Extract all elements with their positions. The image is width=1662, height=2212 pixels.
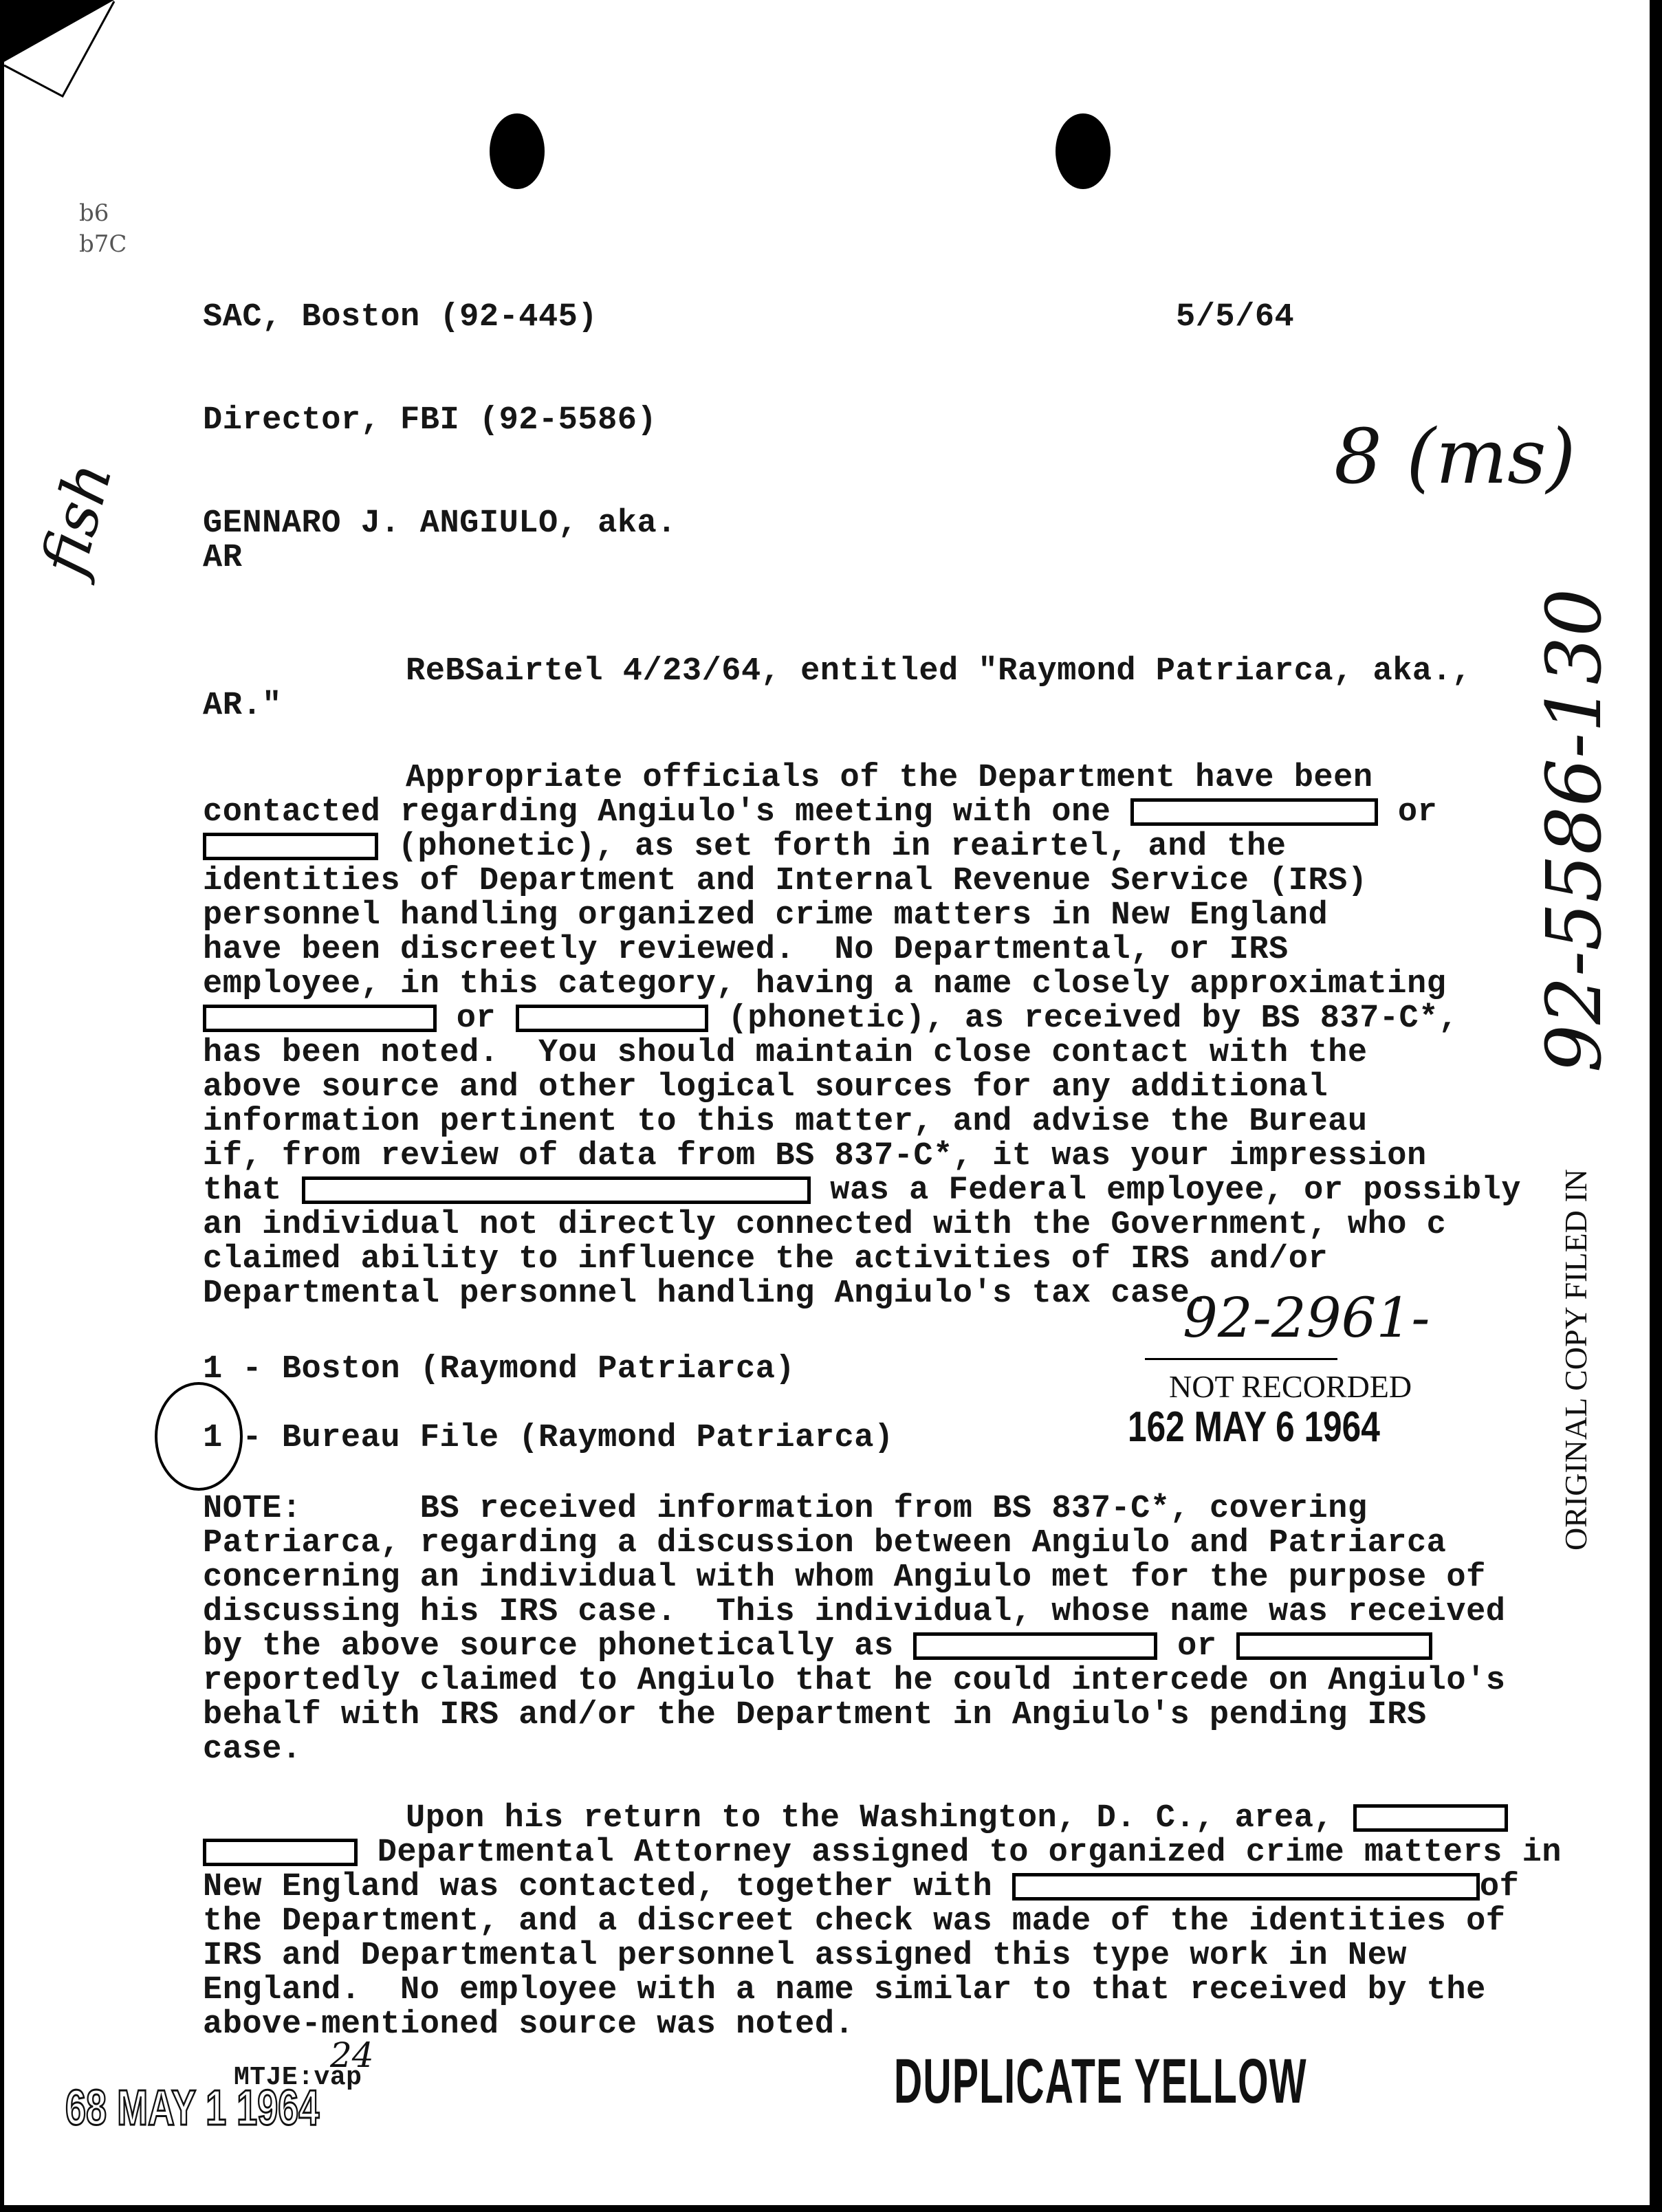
scan-edge-right	[1650, 0, 1662, 2212]
punch-hole-right	[1056, 113, 1111, 189]
not-recorded-stamp: NOT RECORDED	[1169, 1368, 1412, 1405]
file-number-underline	[1145, 1358, 1337, 1360]
redaction-box	[1130, 798, 1378, 826]
duplicate-yellow-stamp: DUPLICATE YELLOW	[894, 2046, 1307, 2118]
note-label: NOTE:	[203, 1491, 302, 1527]
body-line: information pertinent to this matter, an…	[203, 1104, 1368, 1140]
note-text: Upon his return to the Washington, D. C.…	[406, 1800, 1333, 1837]
body-line: an individual not directly connected wit…	[203, 1207, 1446, 1243]
note-text: BS received information from BS 837-C*, …	[420, 1491, 1368, 1527]
note-line: concerning an individual with whom Angiu…	[203, 1559, 1486, 1596]
body-line: (phonetic), as set forth in reairtel, an…	[203, 829, 1286, 865]
redaction-box	[302, 1176, 811, 1204]
redaction-box	[1012, 1873, 1480, 1901]
note-line: discussing his IRS case. This individual…	[203, 1594, 1506, 1630]
body-text: or	[1398, 794, 1437, 831]
body-text: or	[457, 1000, 496, 1037]
recorded-date-stamp: 162 MAY 6 1964	[1128, 1403, 1380, 1452]
scan-edge-left	[0, 0, 4, 2212]
subject-line-2: AR	[203, 540, 242, 576]
body-line: that was a Federal employee, or possibly	[203, 1172, 1521, 1209]
note-line: case.	[203, 1731, 302, 1768]
scan-edge-bottom	[0, 2205, 1662, 2212]
cc-line: 1 - Boston (Raymond Patriarca)	[203, 1351, 795, 1388]
body-line: identities of Department and Internal Re…	[203, 863, 1368, 899]
body-line: above source and other logical sources f…	[203, 1069, 1328, 1106]
memo-date: 5/5/64	[1176, 299, 1294, 336]
body-text: was a Federal employee, or possibly	[830, 1172, 1521, 1209]
body-text: contacted regarding Angiulo's meeting wi…	[203, 794, 1111, 831]
redaction-box	[203, 1839, 358, 1866]
note-line: IRS and Departmental personnel assigned …	[203, 1938, 1407, 1974]
body-text: that	[203, 1172, 282, 1209]
body-line: claimed ability to influence the activit…	[203, 1241, 1328, 1278]
redaction-box	[516, 1005, 708, 1032]
note-line: above-mentioned source was noted.	[203, 2006, 854, 2043]
handwritten-number: 24	[330, 2035, 374, 2075]
note-text: New England was contacted, together with	[203, 1869, 992, 1905]
body-line: if, from review of data from BS 837-C*, …	[203, 1138, 1427, 1174]
note-line: by the above source phonetically as or	[203, 1628, 1432, 1665]
note-line: NOTE: BS received information from BS 83…	[203, 1491, 1368, 1527]
redaction-box	[913, 1632, 1157, 1660]
from-line: Director, FBI (92-5586)	[203, 402, 657, 439]
note-line: Patriarca, regarding a discussion betwee…	[203, 1525, 1446, 1562]
note-line: England. No employee with a name similar…	[203, 1972, 1486, 2008]
note-text: or	[1177, 1628, 1216, 1665]
body-line: have been discreetly reviewed. No Depart…	[203, 932, 1289, 968]
reference-line-2: AR."	[203, 688, 282, 724]
body-line: contacted regarding Angiulo's meeting wi…	[203, 794, 1437, 831]
note-line: reportedly claimed to Angiulo that he co…	[203, 1663, 1506, 1699]
redaction-box	[1353, 1804, 1508, 1832]
note-line: Departmental Attorney assigned to organi…	[203, 1835, 1562, 1871]
body-text: (phonetic), as received by BS 837-C*,	[728, 1000, 1458, 1037]
note-text: by the above source phonetically as	[203, 1628, 894, 1665]
note-line: New England was contacted, together with…	[203, 1869, 1519, 1905]
to-line: SAC, Boston (92-445)	[203, 299, 598, 336]
body-text: (phonetic), as set forth in reairtel, an…	[398, 829, 1287, 865]
redaction-box	[1236, 1632, 1432, 1660]
note-text: Departmental Attorney assigned to organi…	[378, 1835, 1562, 1871]
redaction-box	[203, 1005, 437, 1032]
cc-line: 1 - Bureau File (Raymond Patriarca)	[203, 1420, 894, 1456]
body-line: Departmental personnel handling Angiulo'…	[203, 1275, 1210, 1312]
exemption-code: b7C	[79, 230, 127, 258]
reference-line: ReBSairtel 4/23/64, entitled "Raymond Pa…	[406, 653, 1472, 690]
note-line: the Department, and a discreet check was…	[203, 1903, 1506, 1940]
note-text: of	[1480, 1869, 1519, 1905]
original-copy-stamp: ORIGINAL COPY FILED IN	[1557, 1169, 1594, 1551]
handwritten-annotation-top-right: 8 (ms)	[1334, 413, 1576, 501]
note-line: behalf with IRS and/or the Department in…	[203, 1697, 1427, 1733]
punch-hole-left	[490, 113, 545, 189]
redaction-box	[203, 833, 378, 860]
body-line: personnel handling organized crime matte…	[203, 897, 1328, 934]
exemption-code: b6	[79, 199, 109, 227]
folded-corner	[4, 0, 121, 117]
body-line: or (phonetic), as received by BS 837-C*,	[203, 1000, 1458, 1037]
handwritten-circle	[155, 1382, 243, 1491]
note-line: Upon his return to the Washington, D. C.…	[406, 1800, 1508, 1837]
handwritten-file-number: 92-2961-	[1183, 1286, 1430, 1350]
subject-line: GENNARO J. ANGIULO, aka.	[203, 505, 677, 542]
body-line: has been noted. You should maintain clos…	[203, 1035, 1368, 1071]
body-line: Appropriate officials of the Department …	[406, 760, 1373, 796]
body-line: employee, in this category, having a nam…	[203, 966, 1446, 1003]
handwritten-file-number-side: 92-5586-130	[1530, 589, 1618, 1073]
